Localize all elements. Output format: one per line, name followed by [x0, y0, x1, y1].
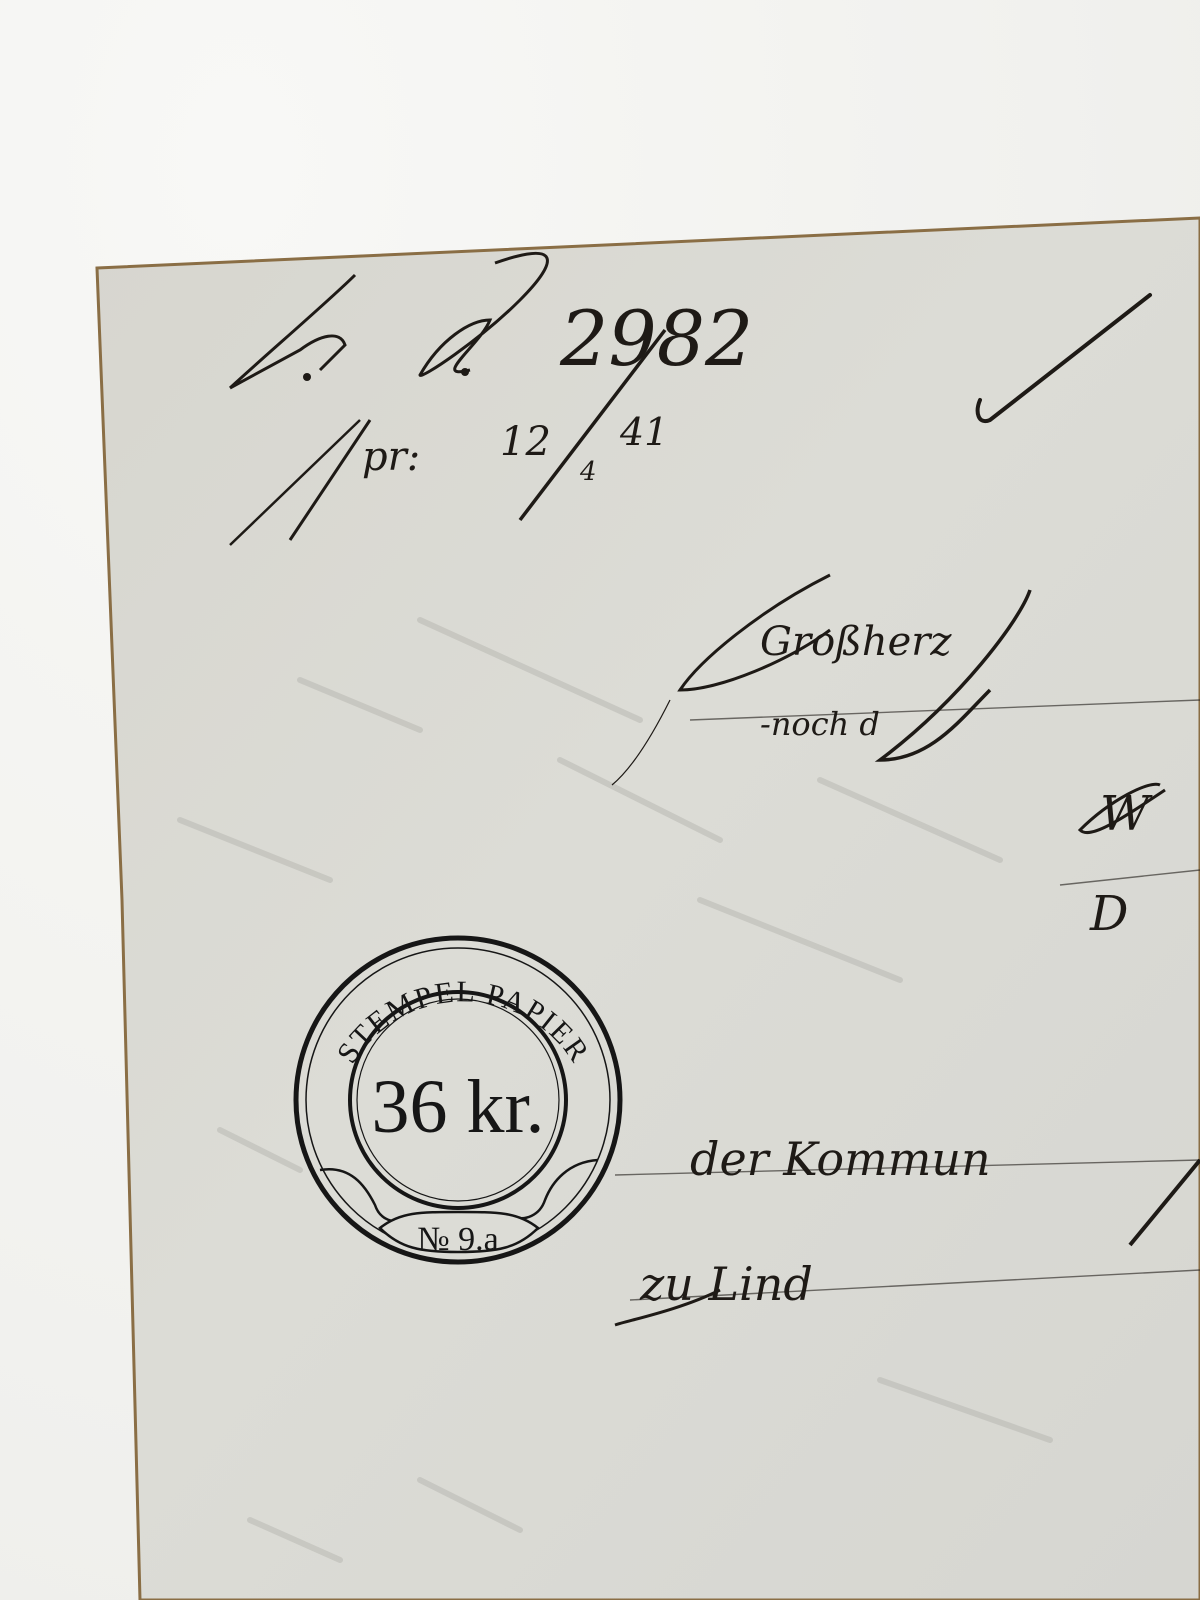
handwriting-line-6: zu Lind: [639, 1257, 813, 1311]
document-sheet: K. L. 2982 2982 pr: 12 4 41 Großherz -no…: [0, 0, 1200, 1600]
received-day: 12: [500, 419, 551, 465]
received-month: 4: [579, 457, 597, 487]
handwriting-line-4: D: [1089, 886, 1128, 942]
seal-number: № 9.a: [417, 1221, 499, 1258]
handwriting-line-5: der Kommun: [690, 1132, 991, 1186]
received-year: 41: [619, 410, 668, 454]
received-prefix: pr:: [362, 434, 420, 480]
handwriting-line-2: -noch d: [760, 705, 880, 743]
handwriting-line-3: W: [1100, 786, 1153, 842]
reference-digits: 2982: [559, 294, 753, 383]
seal-value: 36 kr.: [371, 1065, 544, 1149]
handwriting-line-1: Großherz: [760, 619, 952, 665]
